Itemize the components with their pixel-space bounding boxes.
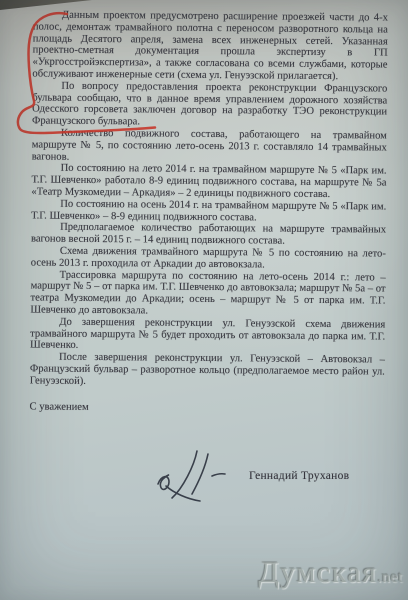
document-photo: Данным проектом предусмотрено расширение… bbox=[0, 0, 408, 600]
closing-line: С уважением bbox=[29, 401, 384, 416]
paragraph: До завершения реконструкции ул. Генуэзск… bbox=[30, 316, 385, 354]
paragraph: Схема движения трамвайного маршрута № 5 … bbox=[31, 245, 386, 272]
watermark: Думская.net bbox=[258, 558, 403, 588]
paragraph: Трассировка маршрута по состоянию на лет… bbox=[30, 269, 385, 319]
paper-edge-shadow bbox=[0, 0, 92, 10]
paragraph: По состоянию на осень 2014 г. на трамвай… bbox=[31, 198, 386, 225]
paragraph: После завершения реконструкции ул. Генуэ… bbox=[30, 352, 385, 390]
watermark-tld: .net bbox=[377, 569, 403, 586]
letter-body: Данным проектом предусмотрено расширение… bbox=[29, 9, 388, 415]
watermark-text: Думская bbox=[258, 556, 377, 589]
paragraph: По состоянию на лето 2014 г. на трамвайн… bbox=[31, 163, 386, 201]
paragraph: По вопросу предоставления проекта реконс… bbox=[32, 80, 387, 130]
signer-name: Геннадий Труханов bbox=[249, 470, 349, 482]
paragraph: Количество подвижного состава, работающе… bbox=[32, 127, 387, 165]
paragraph: Предполагаемое количество работающих на … bbox=[31, 222, 386, 249]
paragraph: Данным проектом предусмотрено расширение… bbox=[32, 9, 388, 83]
